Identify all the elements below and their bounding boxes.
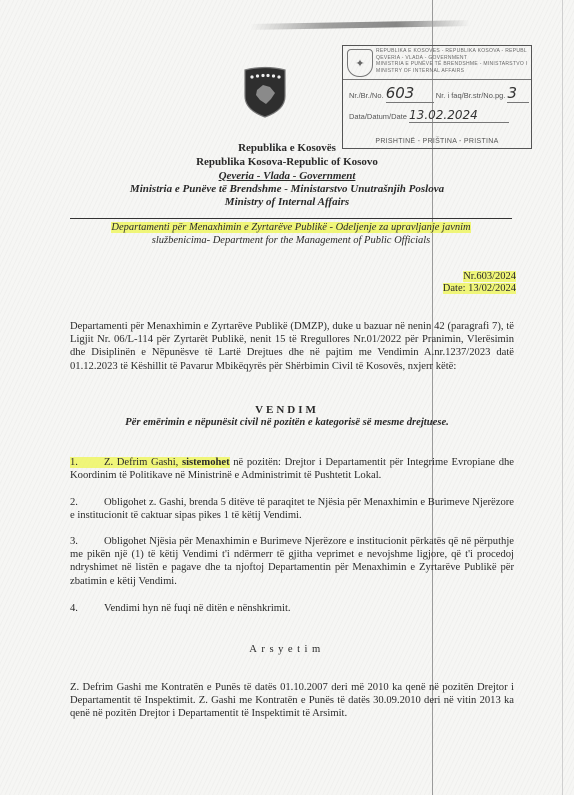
decision-item-4: 4.Vendimi hyn në fuqi në ditën e nënshkr…	[70, 602, 514, 615]
reference-number: Nr.603/2024	[463, 271, 516, 282]
header-divider	[70, 218, 512, 219]
stamp-emblem-icon: ✦	[347, 49, 373, 77]
kosovo-coat-of-arms-icon	[243, 66, 287, 118]
stamp-pages-value: 3	[507, 84, 517, 102]
stamp-nr-label: Nr./Br./No.	[349, 91, 384, 100]
decision-title: VENDIM	[0, 404, 574, 416]
stamp-header: ✦ REPUBLIKA E KOSOVËS - REPUBLIKA KOSOVA…	[343, 46, 531, 80]
department-name: Departamenti për Menaxhimin e Zyrtarëve …	[70, 221, 512, 247]
stamp-date-value: 13.02.2024	[409, 108, 478, 122]
decision-item-1-keyword: sistemohet	[182, 457, 230, 468]
stamp-number-row: Nr./Br./No. 603 Nr. i faq/Br.str/No.pg. …	[349, 84, 529, 103]
reasoning-paragraph: Z. Defrim Gashi me Kontratën e Punës të …	[70, 681, 514, 721]
header-ministry-english: Ministry of Internal Affairs	[0, 196, 574, 208]
reference-block: Nr.603/2024 Date: 13/02/2024	[443, 271, 516, 295]
header-republic-albanian: Republika e Kosovës	[0, 142, 574, 154]
scan-smudge	[250, 20, 470, 30]
decision-subtitle: Për emërimin e nëpunësit civil në pozitë…	[0, 417, 574, 428]
registry-stamp: ✦ REPUBLIKA E KOSOVËS - REPUBLIKA KOSOVA…	[342, 45, 532, 149]
stamp-nr-value: 603	[386, 84, 415, 102]
decision-item-2: 2.Obligohet z. Gashi, brenda 5 ditëve të…	[70, 496, 514, 522]
stamp-date-row: Data/Datum/Date 13.02.2024	[349, 108, 509, 123]
intro-paragraph: Departamenti për Menaxhimin e Zyrtarëve …	[70, 320, 514, 373]
department-line-1: Departamenti për Menaxhimin e Zyrtarëve …	[111, 222, 470, 233]
reasoning-title: Arsyetim	[0, 644, 574, 655]
department-line-2: službenicima- Department for the Managem…	[152, 235, 431, 246]
reference-date: Date: 13/02/2024	[443, 283, 516, 294]
decision-item-3: 3.Obligohet Njësia për Menaxhimin e Buri…	[70, 535, 514, 588]
header-government: Qeveria - Vlada - Government	[0, 170, 574, 182]
scan-edge-line	[562, 0, 563, 795]
header-republic-multilingual: Republika Kosova-Republic of Kosovo	[0, 156, 574, 168]
stamp-date-label: Data/Datum/Date	[349, 112, 407, 121]
scanned-document-page: ✦ REPUBLIKA E KOSOVËS - REPUBLIKA KOSOVA…	[0, 0, 574, 795]
decision-item-1: 1.Z. Defrim Gashi, sistemohet në pozitën…	[70, 456, 514, 482]
header-ministry-bilingual: Ministria e Punëve të Brendshme - Minist…	[0, 183, 574, 195]
stamp-pages-label: Nr. i faq/Br.str/No.pg.	[436, 91, 506, 100]
stamp-header-text: REPUBLIKA E KOSOVËS - REPUBLIKA KOSOVA -…	[376, 48, 527, 74]
